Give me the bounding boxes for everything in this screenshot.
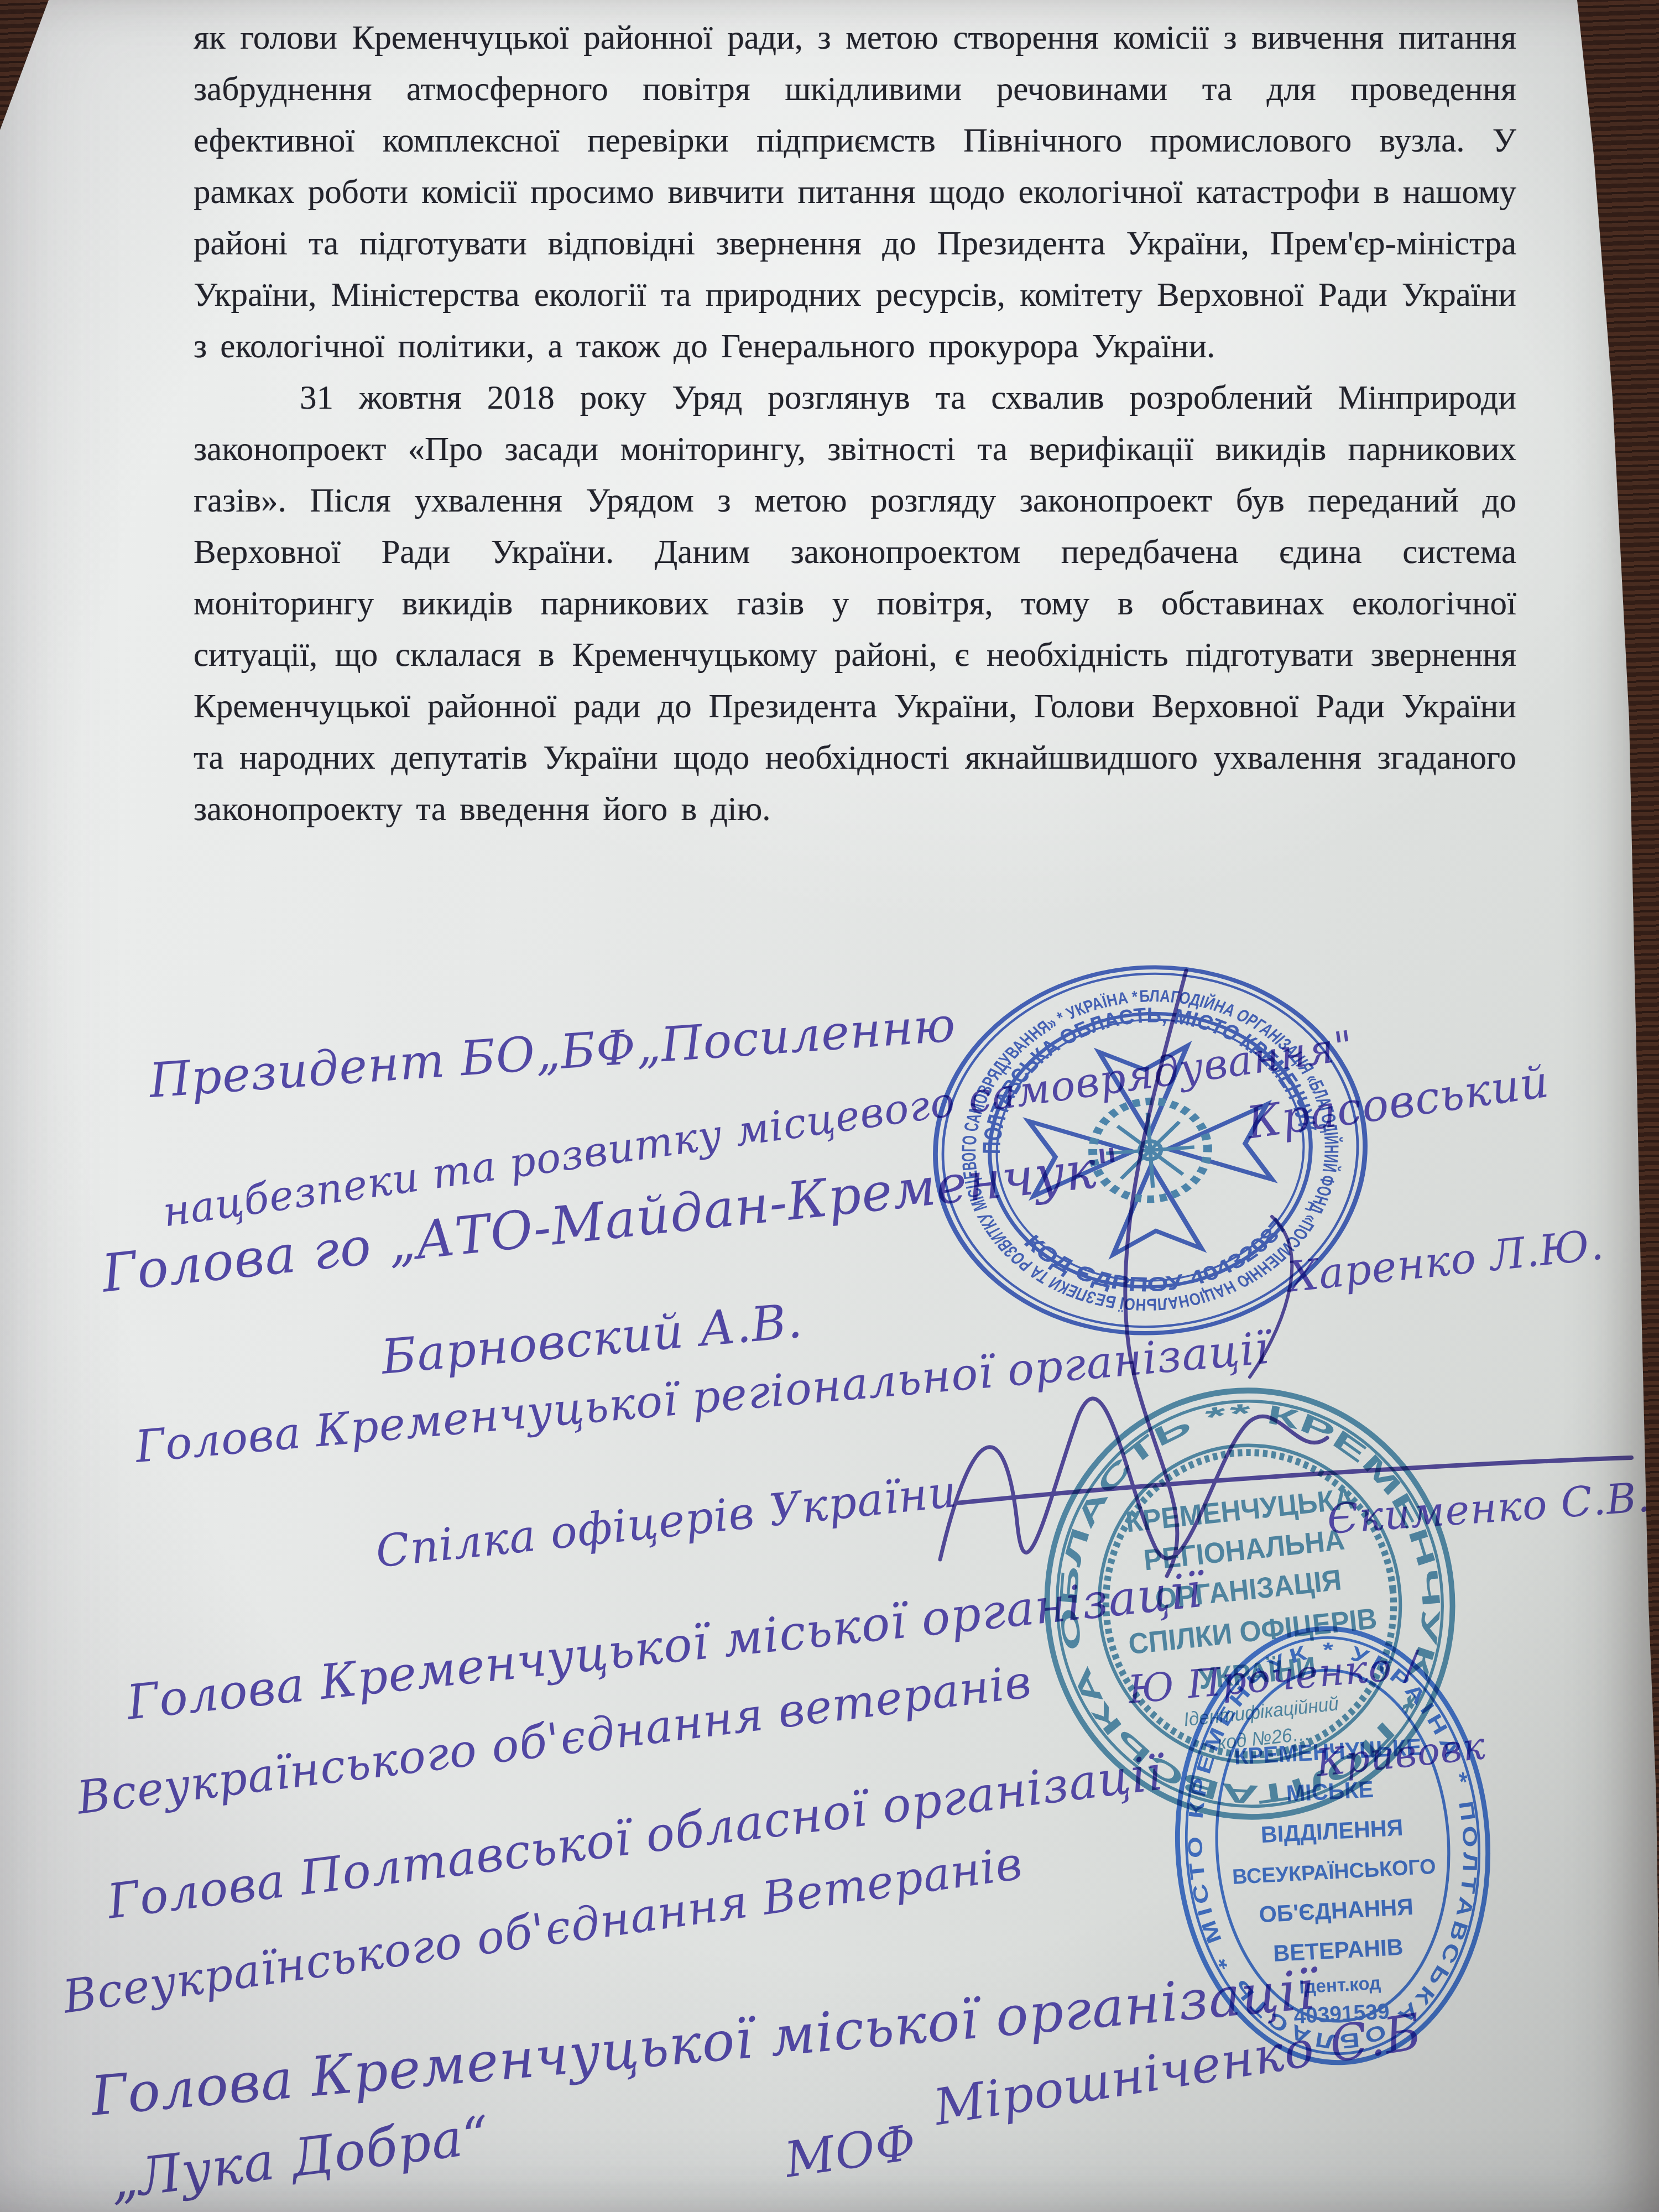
svg-text:ВІДДІЛЕННЯ: ВІДДІЛЕННЯ	[1260, 1814, 1404, 1848]
handwritten-mof: МОФ	[781, 2114, 920, 2188]
svg-text:Ідент.код: Ідент.код	[1298, 1973, 1381, 1998]
svg-text:ОБ'ЄДНАННЯ: ОБ'ЄДНАННЯ	[1258, 1893, 1413, 1928]
stamp-veterans-association: * УКРАЇНА * ПОЛТАВСЬКА ОБЛАСТЬ * МІСТО К…	[1158, 1612, 1507, 2079]
stamp-charity-fund: БЛАГОДІЙНА ОРГАНІЗАЦІЯ «БЛАГОДІЙНИЙ ФОНД…	[916, 947, 1384, 1353]
typed-paragraph-2: 31 жовтня 2018 року Уряд розглянув та сх…	[194, 372, 1516, 835]
document-paper: як голови Кременчуцької районної ради, з…	[0, 0, 1659, 2212]
svg-text:МІСЬКЕ: МІСЬКЕ	[1286, 1776, 1374, 1807]
svg-text:ВЕТЕРАНІВ: ВЕТЕРАНІВ	[1272, 1934, 1404, 1967]
typed-paragraph-1: як голови Кременчуцької районної ради, з…	[194, 12, 1516, 372]
photo-scene: як голови Кременчуцької районної ради, з…	[0, 0, 1659, 2212]
svg-text:ВСЕУКРАЇНСЬКОГО: ВСЕУКРАЇНСЬКОГО	[1232, 1854, 1436, 1889]
compass-rose-icon	[1089, 1098, 1211, 1203]
stamp3-inner-border	[1208, 1664, 1458, 2027]
stamp3-center-text: КРЕМЕНЧУЦЬКЕ МІСЬКЕ ВІДДІЛЕННЯ ВСЕУКРАЇН…	[1225, 1733, 1444, 2031]
svg-text:КРЕМЕНЧУЦЬКЕ: КРЕМЕНЧУЦЬКЕ	[1233, 1734, 1422, 1770]
handwritten-title-officers-line2: Спілка офіцерів України	[373, 1465, 959, 1578]
typed-text-block: як голови Кременчуцької районної ради, з…	[194, 12, 1516, 835]
svg-text:40391539: 40391539	[1293, 1999, 1390, 2028]
stamp3-ring-text: * УКРАЇНА * ПОЛТАВСЬКА ОБЛАСТЬ * МІСТО К…	[1173, 1631, 1492, 2061]
handwritten-title-president-line1: Президент БО„БФ„Посиленню	[148, 997, 958, 1109]
